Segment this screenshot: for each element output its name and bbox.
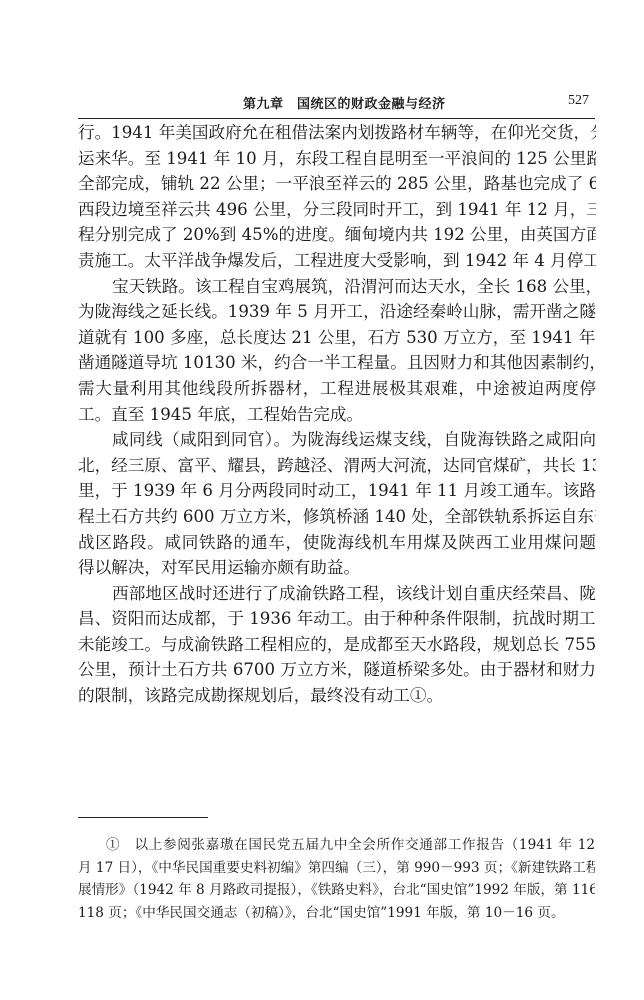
text-line: 北，经三原、富平、耀县，跨越泾、渭两大河流，达同官煤矿，共长 135 公	[78, 453, 596, 479]
text-line: 战区路段。咸同铁路的通车，使陇海线机车用煤及陕西工业用煤问题	[78, 530, 596, 556]
text-line: 咸同线（咸阳到同官）。为陇海线运煤支线，自陇海铁路之咸阳向	[78, 427, 596, 453]
text-line: 全部完成，铺轨 22 公里；一平浪至祥云的 285 公里，路基也完成了 60%。	[78, 171, 596, 197]
text-line: 西段边境至祥云共 496 公里，分三段同时开工，到 1941 年 12 月，三段…	[78, 197, 596, 223]
footnote-separator	[78, 817, 208, 818]
text-line: 公里，预计土石方共 6700 万立方米，隧道桥梁多处。由于器材和财力	[78, 657, 596, 683]
text-line: 程分别完成了 20%到 45%的进度。缅甸境内共 192 公里，由英国方面负	[78, 222, 596, 248]
text-line: 行。1941 年美国政府允在租借法案内划拨路材车辆等，在仰光交货，分	[78, 120, 596, 146]
text-line: 里，于 1939 年 6 月分两段同时动工，1941 年 11 月竣工通车。该路…	[78, 478, 596, 504]
header-rule	[78, 118, 595, 119]
text-line: 责施工。太平洋战争爆发后，工程进度大受影响，到 1942 年 4 月停工。	[78, 248, 596, 274]
text-line: 需大量利用其他线段所拆器材，工程进展极其艰难，中途被迫两度停	[78, 376, 596, 402]
text-line: 宝天铁路。该工程自宝鸡展筑，沿渭河而达天水，全长 168 公里，	[78, 274, 596, 300]
text-line: 凿通隧道导坑 10130 米，约合一半工程量。且因财力和其他因素制约，	[78, 350, 596, 376]
footnote-line: 118 页；《中华民国交通志（初稿）》，台北“国史馆”1991 年版，第 10－…	[78, 902, 595, 925]
text-line: 道就有 100 多座，总长度达 21 公里，石方 530 万立方，至 1941 …	[78, 325, 596, 351]
footnote-line: 月 17 日），《中华民国重要史料初编》第四编（三），第 990－993 页；《…	[78, 857, 595, 880]
chapter-title: 第九章 国统区的财政金融与经济	[243, 93, 446, 112]
text-line: 的限制，该路完成勘探规划后，最终没有动工①。	[78, 683, 596, 709]
footnote-line: 展情形》（1942 年 8 月路政司提报），《铁路史料》，台北“国史馆”1992…	[78, 879, 595, 902]
text-line: 昌、资阳而达成都，于 1936 年动工。由于种种条件限制，抗战时期工程	[78, 606, 596, 632]
text-line: 为陇海线之延长线。1939 年 5 月开工，沿途经秦岭山脉，需开凿之隧	[78, 299, 596, 325]
footnote: ① 以上参阅张嘉璈在国民党五届九中全会所作交通部工作报告（1941 年 12月 …	[78, 834, 595, 924]
text-line: 运来华。至 1941 年 10 月，东段工程自昆明至一平浪间的 125 公里路基	[78, 146, 596, 172]
text-line: 西部地区战时还进行了成渝铁路工程，该线计划自重庆经荣昌、陇	[78, 581, 596, 607]
body-text: 行。1941 年美国政府允在租借法案内划拨路材车辆等，在仰光交货，分运来华。至 …	[78, 120, 596, 709]
text-line: 未能竣工。与成渝铁路工程相应的，是成都至天水路段，规划总长 755	[78, 632, 596, 658]
page-number: 527	[568, 93, 589, 109]
text-line: 程土石方共约 600 万立方米，修筑桥涵 140 处，全部铁轨系拆运自东部	[78, 504, 596, 530]
book-page: 第九章 国统区的财政金融与经济 527 行。1941 年美国政府允在租借法案内划…	[0, 0, 644, 1000]
running-header: 第九章 国统区的财政金融与经济 527	[78, 93, 595, 113]
text-line: 得以解决，对军民用运输亦颇有助益。	[78, 555, 596, 581]
text-line: 工。直至 1945 年底，工程始告完成。	[78, 402, 596, 428]
footnote-line: ① 以上参阅张嘉璈在国民党五届九中全会所作交通部工作报告（1941 年 12	[78, 834, 595, 857]
